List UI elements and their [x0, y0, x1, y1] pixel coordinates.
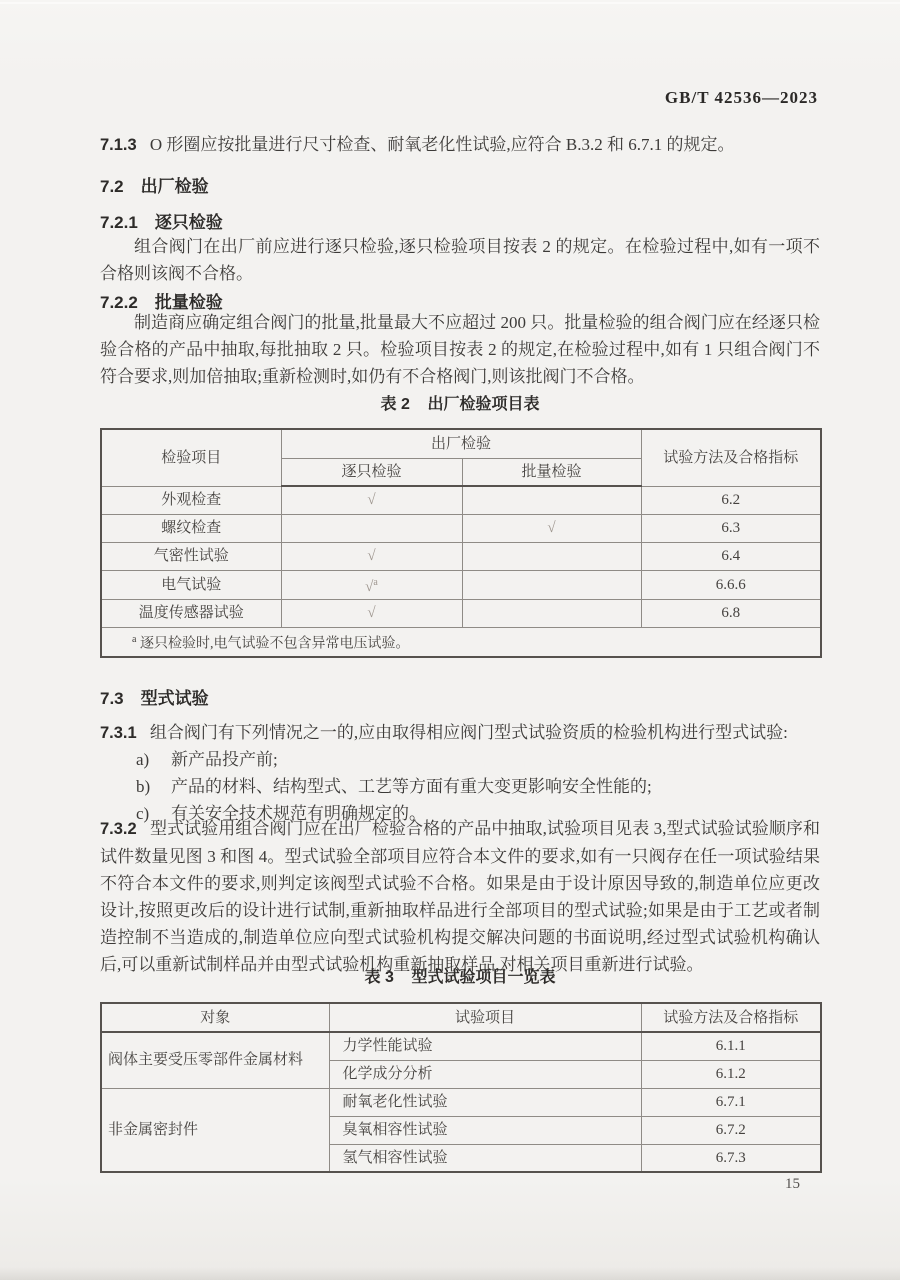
table-row: 电气试验 √a 6.6.6 [101, 570, 821, 599]
cell-each-check: √ [281, 599, 462, 627]
cell-item: 螺纹检查 [101, 514, 281, 542]
table-row: 外观检查 √ 6.2 [101, 486, 821, 514]
table-2-header-each: 逐只检验 [281, 458, 462, 486]
clause-7-1-3: 7.1.3O 形圈应按批量进行尺寸检查、耐氧老化性试验,应符合 B.3.2 和 … [100, 131, 820, 159]
cell-item: 电气试验 [101, 570, 281, 599]
table-caption-label: 表 3 [365, 969, 394, 986]
cell-item: 外观检查 [101, 486, 281, 514]
cell-batch-check: √ [462, 514, 641, 542]
table-3-caption: 表 3型式试验项目一览表 [100, 964, 820, 987]
table-row: 气密性试验 √ 6.4 [101, 542, 821, 570]
document-page: GB/T 42536—2023 7.1.3O 形圈应按批量进行尺寸检查、耐氧老化… [0, 0, 900, 1280]
cell-test: 臭氧相容性试验 [329, 1116, 641, 1144]
cell-object: 非金属密封件 [101, 1088, 329, 1172]
table-2-header-batch: 批量检验 [462, 458, 641, 486]
cell-method: 6.1.2 [641, 1060, 821, 1088]
cell-method: 6.7.1 [641, 1088, 821, 1116]
cell-each-check: √ [281, 486, 462, 514]
heading-title: 型式试验 [141, 689, 209, 708]
table-footnote-row: a 逐只检验时,电气试验不包含异常电压试验。 [101, 627, 821, 657]
cell-each-check: √ [281, 542, 462, 570]
clause-number: 7.3.1 [100, 724, 137, 742]
clause-text: 型式试验用组合阀门应在出厂检验合格的产品中抽取,试验项目见表 3,型式试验试验顺… [100, 819, 820, 974]
cell-method: 6.2 [641, 486, 821, 514]
section-heading-7-3: 7.3型式试验 [100, 684, 820, 709]
cell-test: 耐氧老化性试验 [329, 1088, 641, 1116]
list-item-text: 产品的材料、结构型式、工艺等方面有重大变更影响安全性能的; [171, 777, 652, 796]
footnote-text: 逐只检验时,电气试验不包含异常电压试验。 [140, 636, 410, 651]
heading-number: 7.2.1 [100, 213, 138, 232]
cell-test: 化学成分分析 [329, 1060, 641, 1088]
cell-each-check: √a [281, 570, 462, 599]
table-2-caption: 表 2出厂检验项目表 [100, 391, 820, 414]
heading-title: 逐只检验 [155, 213, 223, 232]
table-2-header-group: 出厂检验 [281, 429, 641, 458]
list-item: a)新产品投产前; [100, 746, 820, 773]
table-row: 阀体主要受压零部件金属材料 力学性能试验 6.1.1 [101, 1032, 821, 1060]
table-row: 温度传感器试验 √ 6.8 [101, 599, 821, 627]
table-2-factory-inspection: 检验项目 出厂检验 试验方法及合格指标 逐只检验 批量检验 外观检查 √ 6.2… [100, 428, 822, 658]
cell-item: 温度传感器试验 [101, 599, 281, 627]
cell-each-check [281, 514, 462, 542]
heading-number: 7.3 [100, 689, 124, 708]
section-heading-7-2-1: 7.2.1逐只检验 [100, 208, 820, 233]
cell-method: 6.8 [641, 599, 821, 627]
table-row: 非金属密封件 耐氧老化性试验 6.7.1 [101, 1088, 821, 1116]
clause-text: 组合阀门有下列情况之一的,应由取得相应阀门型式试验资质的检验机构进行型式试验: [150, 723, 788, 742]
table-2-footnote: a 逐只检验时,电气试验不包含异常电压试验。 [101, 627, 821, 657]
cell-method: 6.7.3 [641, 1144, 821, 1172]
clause-number: 7.1.3 [100, 136, 137, 154]
footnote-marker: a [132, 634, 136, 645]
table-2-header-item: 检验项目 [101, 429, 281, 486]
cell-batch-check [462, 599, 641, 627]
cell-batch-check [462, 570, 641, 599]
footnote-ref: a [373, 577, 377, 588]
cell-method: 6.3 [641, 514, 821, 542]
cell-item: 气密性试验 [101, 542, 281, 570]
table-3-header-test: 试验项目 [329, 1003, 641, 1032]
cell-batch-check [462, 542, 641, 570]
clause-number: 7.3.2 [100, 820, 137, 838]
list-item: b)产品的材料、结构型式、工艺等方面有重大变更影响安全性能的; [100, 773, 820, 800]
standard-number-header: GB/T 42536—2023 [665, 88, 818, 108]
table-caption-title: 出厂检验项目表 [427, 396, 539, 413]
paragraph-7-2-2: 制造商应确定组合阀门的批量,批量最大不应超过 200 只。批量检验的组合阀门应在… [100, 309, 820, 390]
list-item-label: a) [136, 746, 171, 773]
cell-object: 阀体主要受压零部件金属材料 [101, 1032, 329, 1088]
cell-test: 力学性能试验 [329, 1032, 641, 1060]
cell-method: 6.4 [641, 542, 821, 570]
cell-method: 6.6.6 [641, 570, 821, 599]
clause-7-3-1-lead: 7.3.1组合阀门有下列情况之一的,应由取得相应阀门型式试验资质的检验机构进行型… [100, 719, 820, 747]
table-caption-title: 型式试验项目一览表 [411, 969, 555, 986]
cell-method: 6.7.2 [641, 1116, 821, 1144]
clause-7-3-2: 7.3.2型式试验用组合阀门应在出厂检验合格的产品中抽取,试验项目见表 3,型式… [100, 815, 820, 978]
paragraph-7-2-1: 组合阀门在出厂前应进行逐只检验,逐只检验项目按表 2 的规定。在检验过程中,如有… [100, 233, 820, 287]
table-row: 螺纹检查 √ 6.3 [101, 514, 821, 542]
list-item-text: 新产品投产前; [171, 750, 278, 769]
list-item-label: b) [136, 773, 171, 800]
heading-number: 7.2 [100, 177, 124, 196]
clause-text: O 形圈应按批量进行尺寸检查、耐氧老化性试验,应符合 B.3.2 和 6.7.1… [150, 135, 735, 154]
table-3-header-method: 试验方法及合格指标 [641, 1003, 821, 1032]
page-number: 15 [785, 1176, 800, 1193]
table-3-type-test: 对象 试验项目 试验方法及合格指标 阀体主要受压零部件金属材料 力学性能试验 6… [100, 1002, 822, 1173]
section-heading-7-2: 7.2出厂检验 [100, 172, 820, 197]
cell-test: 氢气相容性试验 [329, 1144, 641, 1172]
table-2-header-method: 试验方法及合格指标 [641, 429, 821, 486]
cell-batch-check [462, 486, 641, 514]
table-3-header-object: 对象 [101, 1003, 329, 1032]
table-caption-label: 表 2 [381, 396, 410, 413]
cell-method: 6.1.1 [641, 1032, 821, 1060]
heading-title: 出厂检验 [141, 177, 209, 196]
